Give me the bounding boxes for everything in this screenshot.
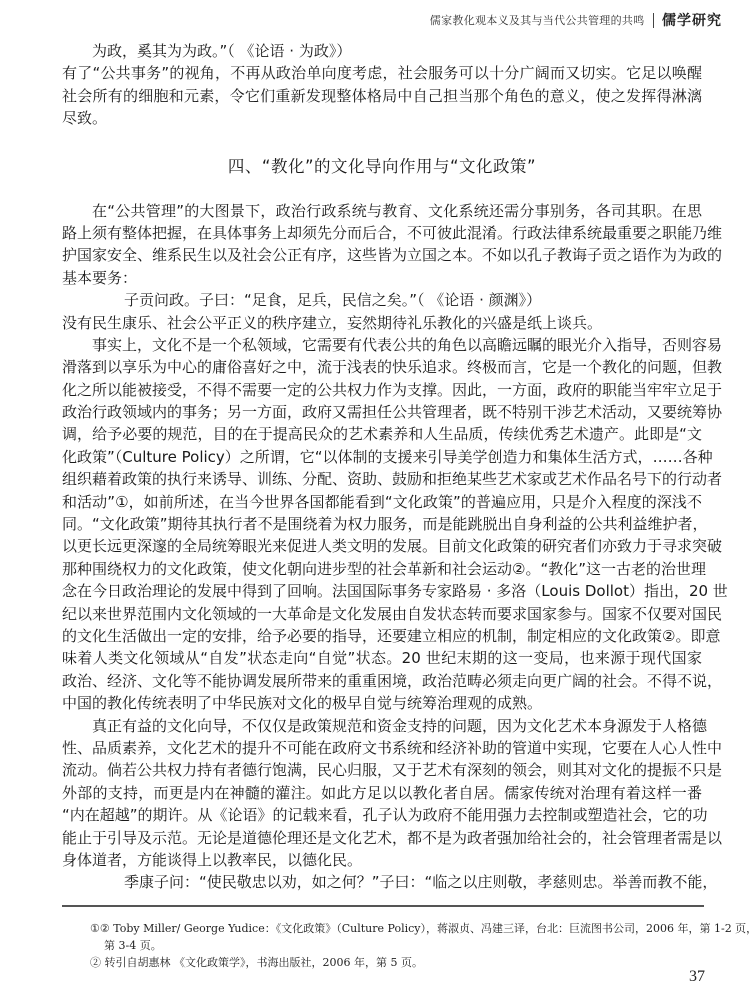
text-line: 有了“公共事务”的视角，不再从政治单向度考虑，社会服务可以十分广阔而又切实。它足… bbox=[62, 62, 702, 84]
footnote-separator bbox=[62, 905, 704, 907]
header-divider bbox=[653, 13, 655, 28]
preceding-paragraph: 为政，奚其为为政。”（ 《论语 · 为政》）有了“公共事务”的视角，不再从政治单… bbox=[62, 40, 702, 130]
section-content: 在“公共管理”的大图景下，政治行政系统与教育、文化系统还需分事别务，各司其职。在… bbox=[62, 200, 702, 894]
text-line: 护国家安全、维系民生以及社会公正有序，这些皆为立国之本。不如以孔子教诲子贡之语作… bbox=[62, 244, 702, 266]
text-line: 性、品质素养，文化艺术的提升不可能在政府文书系统和经济补助的管道中实现，它要在人… bbox=[62, 737, 702, 759]
text-line: 政治行政领域内的事务；另一方面，政府又需担任公共管理者，既不特别干涉艺术活动，又… bbox=[62, 401, 702, 423]
footnote: ② 转引自胡惠林 《文化政策学》，书海出版社，2006 年，第 5 页。 bbox=[90, 954, 702, 971]
text-line: 没有民生康乐、社会公平正义的秩序建立，妄然期待礼乐教化的兴盛是纸上谈兵。 bbox=[62, 312, 702, 334]
running-title: 儒家教化观本义及其与当代公共管理的共鸣 bbox=[430, 12, 645, 28]
page-number: 37 bbox=[689, 968, 705, 986]
text-line: 路上须有整体把握，在具体事务上却须先分而后合，不可彼此混淆。行政法律系统最重要之… bbox=[62, 222, 702, 244]
article-body: 为政，奚其为为政。”（ 《论语 · 为政》）有了“公共事务”的视角，不再从政治单… bbox=[62, 40, 702, 894]
text-line: 季康子问：“使民敬忠以劝，如之何？”子曰：“临之以庄则敬，孝慈则忠。举善而教不能… bbox=[62, 871, 702, 893]
text-line: 真正有益的文化向导，不仅仅是政策规范和资金支持的问题，因为文化艺术本身源发于人格… bbox=[62, 715, 702, 737]
text-line: 流动。倘若公共权力持有者德行饱满，民心归服，又于艺术有深刻的领会，则其对文化的提… bbox=[62, 759, 702, 781]
journal-name: 儒学研究 bbox=[662, 10, 722, 30]
text-line: 念在今日政治理论的发展中得到了回响。法国国际事务专家路易 · 多洛（Louis … bbox=[62, 580, 702, 602]
text-line: 纪以来世界范围内文化领域的一大革命是文化发展由自发状态转而要求国家参与。国家不仅… bbox=[62, 603, 702, 625]
text-line: “内在超越”的期许。从《论语》的记载来看，孔子认为政府不能用强力去控制或塑造社会… bbox=[62, 804, 702, 826]
footnotes: ①② Toby Miller/ George Yudice：《文化政策》（Cul… bbox=[90, 920, 702, 971]
text-line: 外部的支持，而更是内在神髓的灌注。如此方足以以教化者自居。儒家传统对治理有着这样… bbox=[62, 782, 702, 804]
text-line: 为政，奚其为为政。”（ 《论语 · 为政》） bbox=[62, 40, 702, 62]
text-line: 的文化生活做出一定的安排，给予必要的指导，还要建立相应的机制，制定相应的文化政策… bbox=[62, 625, 702, 647]
text-line: 化政策”（Culture Policy）之所谓，它“以体制的支援来引导美学创造力… bbox=[62, 446, 702, 468]
text-line: 化之所以能被接受，不得不需要一定的公共权力作为支撑。因此，一方面，政府的职能当牢… bbox=[62, 379, 702, 401]
section-heading: 四、“教化”的文化导向作用与“文化政策” bbox=[62, 154, 702, 180]
text-line: 那种围绕权力的文化政策，使文化朝向进步型的社会革新和社会运动②。“教化”这一古老… bbox=[62, 558, 702, 580]
text-line: 社会所有的细胞和元素，令它们重新发现整体格局中自己担当那个角色的意义，使之发挥得… bbox=[62, 85, 702, 107]
running-header: 儒家教化观本义及其与当代公共管理的共鸣 儒学研究 bbox=[430, 10, 722, 30]
text-line: 调，给予必要的规范，目的在于提高民众的艺术素养和人生品质，传续优秀艺术遗产。此即… bbox=[62, 423, 702, 445]
footnote: ①② Toby Miller/ George Yudice：《文化政策》（Cul… bbox=[90, 920, 702, 937]
text-line: 味着人类文化领域从“自发”状态走向“自觉”状态。20 世纪末期的这一变局，也来源… bbox=[62, 647, 702, 669]
text-line: 以更长远更深邃的全局统筹眼光来促进人类文明的发展。目前文化政策的研究者们亦致力于… bbox=[62, 535, 702, 557]
text-line: 身体道者，方能谈得上以教率民，以德化民。 bbox=[62, 849, 702, 871]
text-line: 在“公共管理”的大图景下，政治行政系统与教育、文化系统还需分事别务，各司其职。在… bbox=[62, 200, 702, 222]
text-line: 事实上，文化不是一个私领域，它需要有代表公共的角色以高瞻远瞩的眼光介入指导，否则… bbox=[62, 334, 702, 356]
text-line: 同。“文化政策”期待其执行者不是围绕着为权力服务，而是能跳脱出自身利益的公共利益… bbox=[62, 513, 702, 535]
text-line: 中国的教化传统表明了中华民族对文化的极早自觉与统筹治理观的成熟。 bbox=[62, 692, 702, 714]
text-line: 政治、经济、文化等不能协调发展所带来的重重困境，政治范畴必须走向更广阔的社会。不… bbox=[62, 670, 702, 692]
footnote: 第 3-4 页。 bbox=[90, 937, 702, 954]
text-line: 能止于引导及示范。无论是道德伦理还是文化艺术，都不是为政者强加给社会的，社会管理… bbox=[62, 827, 702, 849]
text-line: 滑落到以享乐为中心的庸俗喜好之中，流于浅表的快乐追求。终极而言，它是一个教化的问… bbox=[62, 356, 702, 378]
text-line: 尽致。 bbox=[62, 107, 702, 129]
text-line: 基本要务： bbox=[62, 267, 702, 289]
text-line: 和活动”①，如前所述，在当今世界各国都能看到“文化政策”的普遍应用，只是介入程度… bbox=[62, 491, 702, 513]
text-line: 子贡问政。子曰：“足食，足兵，民信之矣。”（ 《论语 · 颜渊》） bbox=[62, 289, 702, 311]
text-line: 组织藉着政策的执行来诱导、训练、分配、资助、鼓励和拒绝某些艺术家或艺术作品名号下… bbox=[62, 468, 702, 490]
